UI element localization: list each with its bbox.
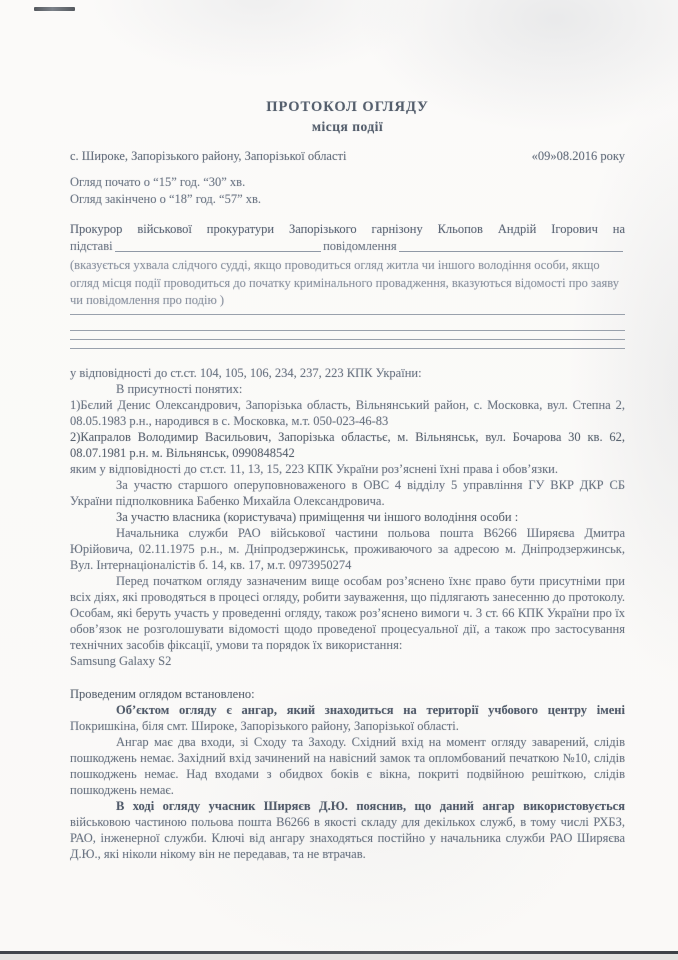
document-body: ПРОТОКОЛ ОГЛЯДУ місця події с. Широке, З… xyxy=(70,0,625,862)
rights-explained-paragraph: Перед початком огляду зазначеним вище ос… xyxy=(70,573,625,653)
scanned-document-page: ПРОТОКОЛ ОГЛЯДУ місця події с. Широке, З… xyxy=(0,0,678,960)
recording-device-line: Samsung Galaxy S2 xyxy=(70,653,625,669)
blank-rule-line xyxy=(70,339,625,340)
document-subtitle: місця події xyxy=(70,117,625,137)
blank-underline xyxy=(399,250,623,252)
hangar-description-paragraph: Ангар має два входи, зі Сходу та Заходу.… xyxy=(70,734,625,798)
participant-explanation-paragraph: В ході огляду учасник Ширяєв Д.Ю. поясни… xyxy=(70,798,625,862)
blank-rule-line xyxy=(70,348,625,349)
place-date-row: с. Широке, Запорізького району, Запорізь… xyxy=(70,148,625,164)
blank-underline xyxy=(115,250,321,252)
witness-1-entry: 1)Бєлий Денис Олександрович, Запорізька … xyxy=(70,397,625,429)
basis-label: підставі xyxy=(70,238,113,255)
document-title-block: ПРОТОКОЛ ОГЛЯДУ місця події xyxy=(70,97,625,137)
officer-participation-line: За участю старшого оперуповноваженого в … xyxy=(70,477,625,509)
inspection-times: Огляд почато о “15” год. “30” хв. Огляд … xyxy=(70,174,625,208)
accordance-line: у відповідності до ст.ст. 104, 105, 106,… xyxy=(70,365,625,381)
scanner-background-strip xyxy=(0,954,678,960)
owner-participation-header: За участю власника (користувача) приміще… xyxy=(70,509,625,525)
witness-rights-line: яким у відповідності до ст.ст. 11, 13, 1… xyxy=(70,461,625,477)
date-text: «09»08.2016 року xyxy=(532,148,625,164)
prosecutor-line: Прокурор військової прокуратури Запорізь… xyxy=(70,221,625,238)
explanatory-note: (вказується ухвала слідчого судді, якщо … xyxy=(70,257,625,310)
witness-2-entry: 2)Капралов Володимир Васильович, Запоріз… xyxy=(70,429,625,461)
blank-rule-line xyxy=(70,330,625,331)
findings-header: Проведеним оглядом встановлено: xyxy=(70,686,625,702)
blank-rule-line xyxy=(70,314,625,315)
owner-details-paragraph: Начальника служби РАО військової частини… xyxy=(70,525,625,573)
inspection-object-paragraph: Об’єктом огляду є ангар, який знаходитьс… xyxy=(70,702,625,734)
inspection-end-time: Огляд закінчено о “18” год. “57” хв. xyxy=(70,191,625,208)
witnesses-header: В присутності понятих: xyxy=(70,381,625,397)
staple-mark-artifact xyxy=(34,7,75,11)
location-text: с. Широке, Запорізького району, Запорізь… xyxy=(70,148,346,164)
inspection-start-time: Огляд почато о “15” год. “30” хв. xyxy=(70,174,625,191)
notification-label: повідомлення xyxy=(323,238,397,255)
document-title: ПРОТОКОЛ ОГЛЯДУ xyxy=(70,97,625,117)
basis-row: підставі повідомлення xyxy=(70,238,625,255)
